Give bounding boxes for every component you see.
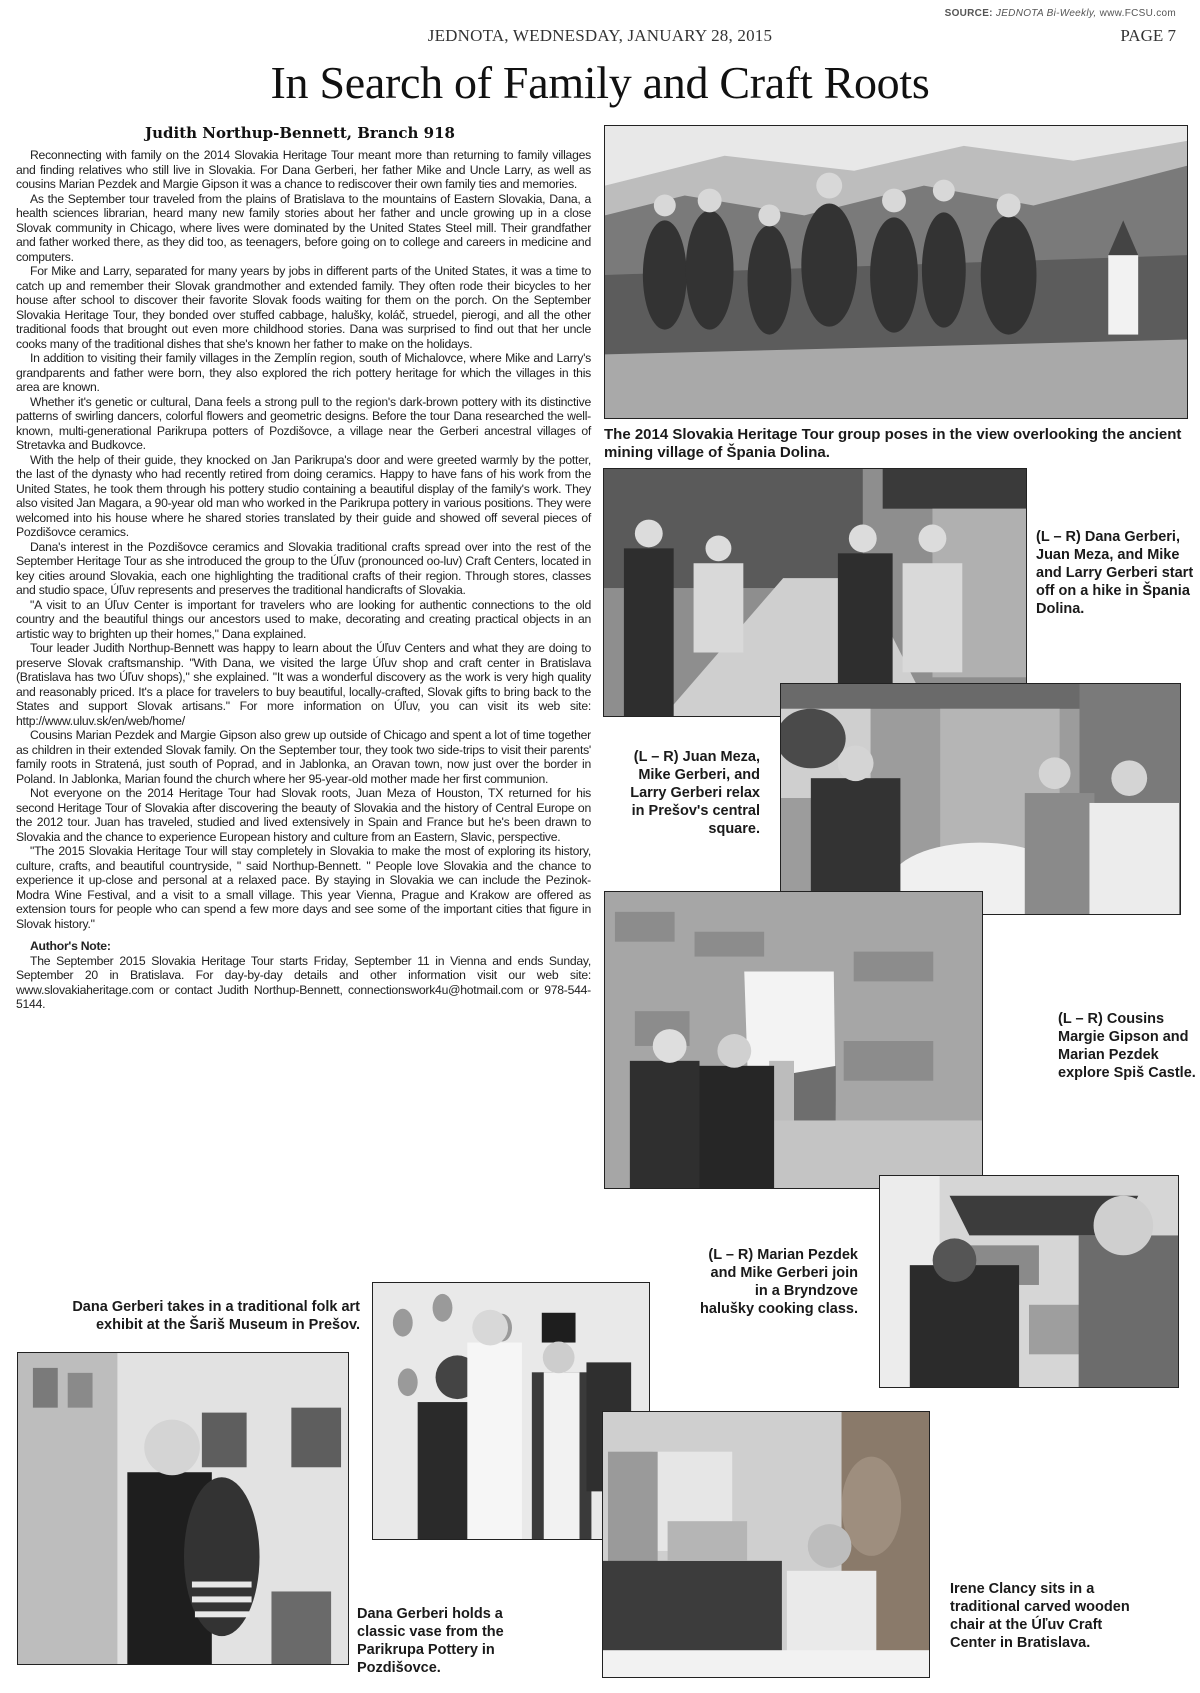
vase-photo-image <box>18 1353 348 1664</box>
caption-presov: (L – R) Juan Meza, Mike Gerberi, and Lar… <box>620 748 760 838</box>
article-body: Reconnecting with family on the 2014 Slo… <box>16 148 591 1012</box>
caption-vase: Dana Gerberi holds a classic vase from t… <box>357 1605 517 1677</box>
article-byline: Judith Northup-Bennett, Branch 918 <box>0 124 600 142</box>
caption-hike: (L – R) Dana Gerberi, Juan Meza, and Mik… <box>1036 528 1196 618</box>
photo-group-spania-dolina <box>604 125 1188 419</box>
article-paragraph: For Mike and Larry, separated for many y… <box>16 264 591 351</box>
caption-group: The 2014 Slovakia Heritage Tour group po… <box>604 426 1194 462</box>
presov-photo-image <box>781 684 1180 914</box>
article-paragraph: "The 2015 Slovakia Heritage Tour will st… <box>16 844 591 931</box>
article-paragraph: Dana's interest in the Pozdišovce cerami… <box>16 540 591 598</box>
caption-chair: Irene Clancy sits in a traditional carve… <box>950 1580 1140 1652</box>
article-paragraph: With the help of their guide, they knock… <box>16 453 591 540</box>
caption-cooking: (L – R) Marian Pezdek and Mike Gerberi j… <box>700 1246 858 1318</box>
photo-carved-chair <box>602 1411 930 1678</box>
article-paragraph: "A visit to an Úľuv Center is important … <box>16 598 591 642</box>
authors-note-text: The September 2015 Slovakia Heritage Tou… <box>16 954 591 1012</box>
caption-museum: Dana Gerberi takes in a traditional folk… <box>30 1298 360 1334</box>
source-label: SOURCE: <box>945 8 993 19</box>
article-paragraph: Cousins Marian Pezdek and Margie Gipson … <box>16 728 591 786</box>
masthead-title: JEDNOTA, WEDNESDAY, JANUARY 28, 2015 <box>0 26 1200 46</box>
hike-photo-image <box>604 469 1026 716</box>
article-headline: In Search of Family and Craft Roots <box>0 56 1200 109</box>
photo-hike <box>603 468 1027 717</box>
caption-castle: (L – R) Cousins Margie Gipson and Marian… <box>1058 1010 1196 1082</box>
authors-note-title: Author's Note: <box>16 939 591 954</box>
article-paragraph: Not everyone on the 2014 Heritage Tour h… <box>16 786 591 844</box>
castle-photo-image <box>605 892 982 1188</box>
article-paragraph: Whether it's genetic or cultural, Dana f… <box>16 395 591 453</box>
article-paragraph: Tour leader Judith Northup-Bennett was h… <box>16 641 591 728</box>
article-paragraph: In addition to visiting their family vil… <box>16 351 591 395</box>
source-website[interactable]: www.FCSU.com <box>1100 8 1176 19</box>
photo-presov <box>780 683 1181 915</box>
chair-photo-image <box>603 1412 929 1677</box>
article-paragraph: Reconnecting with family on the 2014 Slo… <box>16 148 591 192</box>
article-paragraph: As the September tour traveled from the … <box>16 192 591 265</box>
cooking-photo-image <box>880 1176 1178 1387</box>
photo-cooking <box>879 1175 1179 1388</box>
page-number: PAGE 7 <box>1120 26 1176 46</box>
photo-spis-castle <box>604 891 983 1189</box>
group-photo-image <box>605 126 1187 418</box>
photo-vase <box>17 1352 349 1665</box>
source-publication: JEDNOTA Bi-Weekly, <box>996 8 1097 19</box>
source-credit: SOURCE: JEDNOTA Bi-Weekly, www.FCSU.com <box>945 8 1176 19</box>
